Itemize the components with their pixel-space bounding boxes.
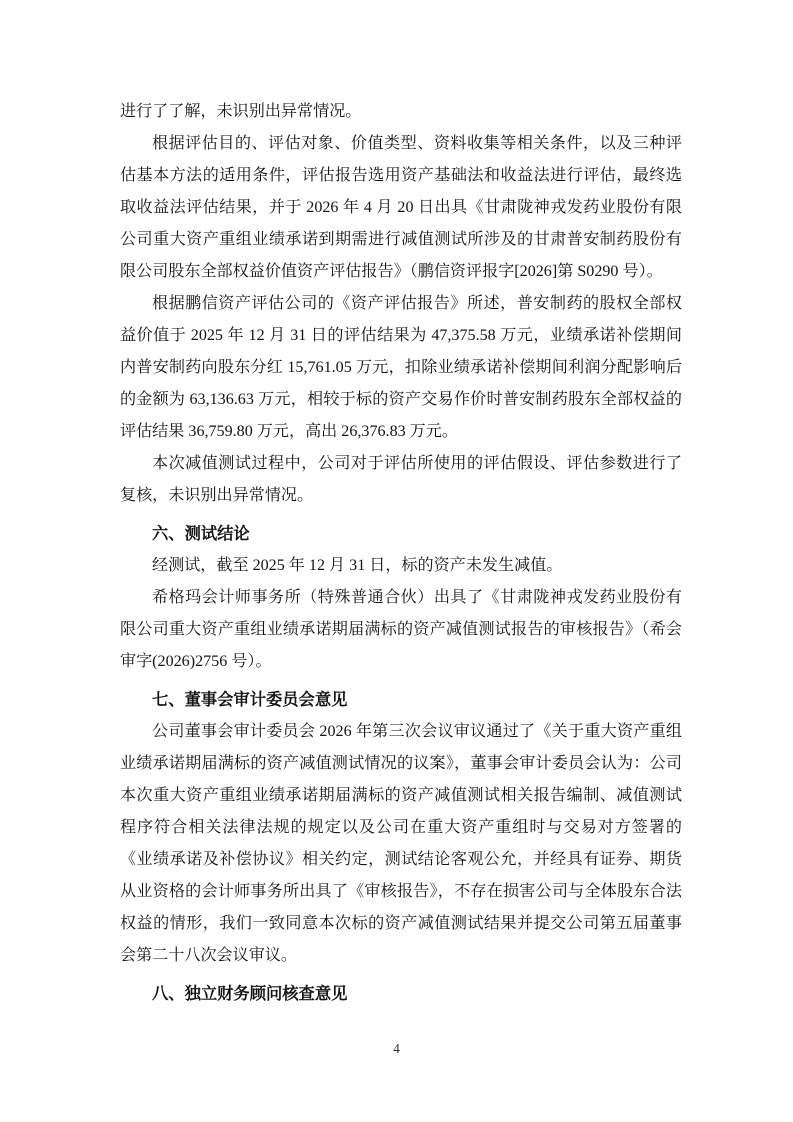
section-heading-test-conclusion: 六、测试结论 <box>120 518 682 550</box>
paragraph-test-result: 经测试，截至 2025 年 12 月 31 日，标的资产未发生减值。 <box>120 550 682 582</box>
paragraph-audit-committee-opinion: 公司董事会审计委员会 2026 年第三次会议审议通过了《关于重大资产重组业绩承诺… <box>120 716 682 972</box>
page-number: 4 <box>0 1041 793 1057</box>
paragraph-valuation-result: 根据鹏信资产评估公司的《资产评估报告》所述，普安制药的股权全部权益价值于 202… <box>120 288 682 448</box>
section-heading-financial-advisor-opinion: 八、独立财务顾问核查意见 <box>120 978 682 1010</box>
document-page: 进行了了解，未识别出异常情况。 根据评估目的、评估对象、价值类型、资料收集等相关… <box>0 0 793 1122</box>
section-heading-audit-committee-opinion: 七、董事会审计委员会意见 <box>120 684 682 716</box>
paragraph-review: 本次减值测试过程中，公司对于评估所使用的评估假设、评估参数进行了复核，未识别出异… <box>120 448 682 512</box>
paragraph-valuation-method: 根据评估目的、评估对象、价值类型、资料收集等相关条件，以及三种评估基本方法的适用… <box>120 128 682 288</box>
body-text: 进行了了解，未识别出异常情况。 根据评估目的、评估对象、价值类型、资料收集等相关… <box>120 96 682 1010</box>
paragraph-auditor-report: 希格玛会计师事务所（特殊普通合伙）出具了《甘肃陇神戎发药业股份有限公司重大资产重… <box>120 582 682 678</box>
paragraph-continuation: 进行了了解，未识别出异常情况。 <box>120 96 682 128</box>
